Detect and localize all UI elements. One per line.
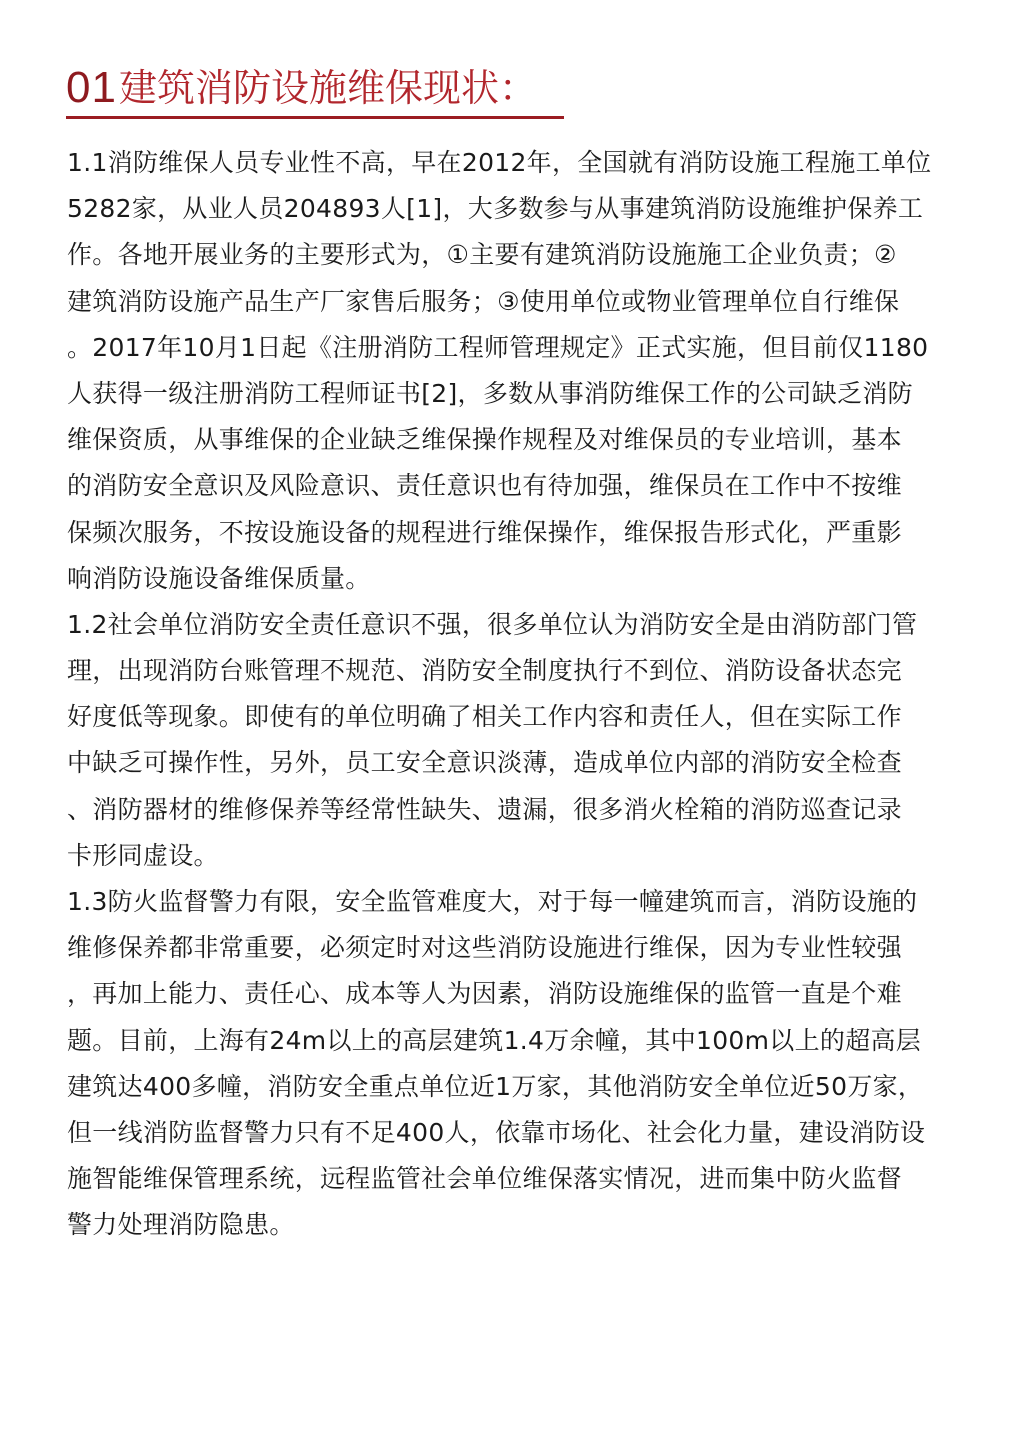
section-heading: 01建筑消防设施维保现状： [66,64,564,119]
text-line: 建筑达400多幢，消防安全重点单位近1万家，其他消防安全单位近50万家， [67,1064,972,1110]
text-line: 保频次服务，不按设施设备的规程进行维保操作，维保报告形式化，严重影 [67,510,972,556]
text-line: 好度低等现象。即使有的单位明确了相关工作内容和责任人，但在实际工作 [67,694,972,740]
text-line: 作。各地开展业务的主要形式为，①主要有建筑消防设施施工企业负责；② [67,232,972,278]
text-line: 施智能维保管理系统，远程监管社会单位维保落实情况，进而集中防火监督 [67,1156,972,1202]
text-line: 响消防设施设备维保质量。 [67,556,972,602]
text-line: 。2017年10月1日起《注册消防工程师管理规定》正式实施，但目前仅1180 [67,325,972,371]
section-title: 建筑消防设施维保现状： [119,66,537,110]
text-line: 维保资质，从事维保的企业缺乏维保操作规程及对维保员的专业培训，基本 [67,417,972,463]
paragraph-1-2: 1.2社会单位消防安全责任意识不强，很多单位认为消防安全是由消防部门管 理，出现… [67,602,972,879]
text-line: 卡形同虚设。 [67,833,972,879]
text-line: 的消防安全意识及风险意识、责任意识也有待加强，维保员在工作中不按维 [67,463,972,509]
article-body: 1.1消防维保人员专业性不高，早在2012年，全国就有消防设施工程施工单位 52… [67,140,972,1249]
text-line: 1.1消防维保人员专业性不高，早在2012年，全国就有消防设施工程施工单位 [67,140,972,186]
document-page: 01建筑消防设施维保现状： 1.1消防维保人员专业性不高，早在2012年，全国就… [0,0,1020,1434]
text-line: 中缺乏可操作性，另外，员工安全意识淡薄，造成单位内部的消防安全检查 [67,740,972,786]
text-line: 理，出现消防台账管理不规范、消防安全制度执行不到位、消防设备状态完 [67,648,972,694]
paragraph-1-3: 1.3防火监督警力有限，安全监管难度大，对于每一幢建筑而言，消防设施的 维修保养… [67,879,972,1249]
paragraph-1-1: 1.1消防维保人员专业性不高，早在2012年，全国就有消防设施工程施工单位 52… [67,140,972,602]
section-number: 01 [66,63,117,112]
text-line: 警力处理消防隐患。 [67,1202,972,1248]
text-line: 、消防器材的维修保养等经常性缺失、遗漏，很多消火栓箱的消防巡查记录 [67,787,972,833]
text-line: 维修保养都非常重要，必须定时对这些消防设施进行维保，因为专业性较强 [67,925,972,971]
text-line: ，再加上能力、责任心、成本等人为因素，消防设施维保的监管一直是个难 [67,971,972,1017]
text-line: 建筑消防设施产品生产厂家售后服务；③使用单位或物业管理单位自行维保 [67,279,972,325]
text-line: 1.2社会单位消防安全责任意识不强，很多单位认为消防安全是由消防部门管 [67,602,972,648]
text-line: 题。目前，上海有24m以上的高层建筑1.4万余幢，其中100m以上的超高层 [67,1018,972,1064]
text-line: 1.3防火监督警力有限，安全监管难度大，对于每一幢建筑而言，消防设施的 [67,879,972,925]
text-line: 人获得一级注册消防工程师证书[2]，多数从事消防维保工作的公司缺乏消防 [67,371,972,417]
text-line: 5282家，从业人员204893人[1]，大多数参与从事建筑消防设施维护保养工 [67,186,972,232]
text-line: 但一线消防监督警力只有不足400人，依靠市场化、社会化力量，建设消防设 [67,1110,972,1156]
